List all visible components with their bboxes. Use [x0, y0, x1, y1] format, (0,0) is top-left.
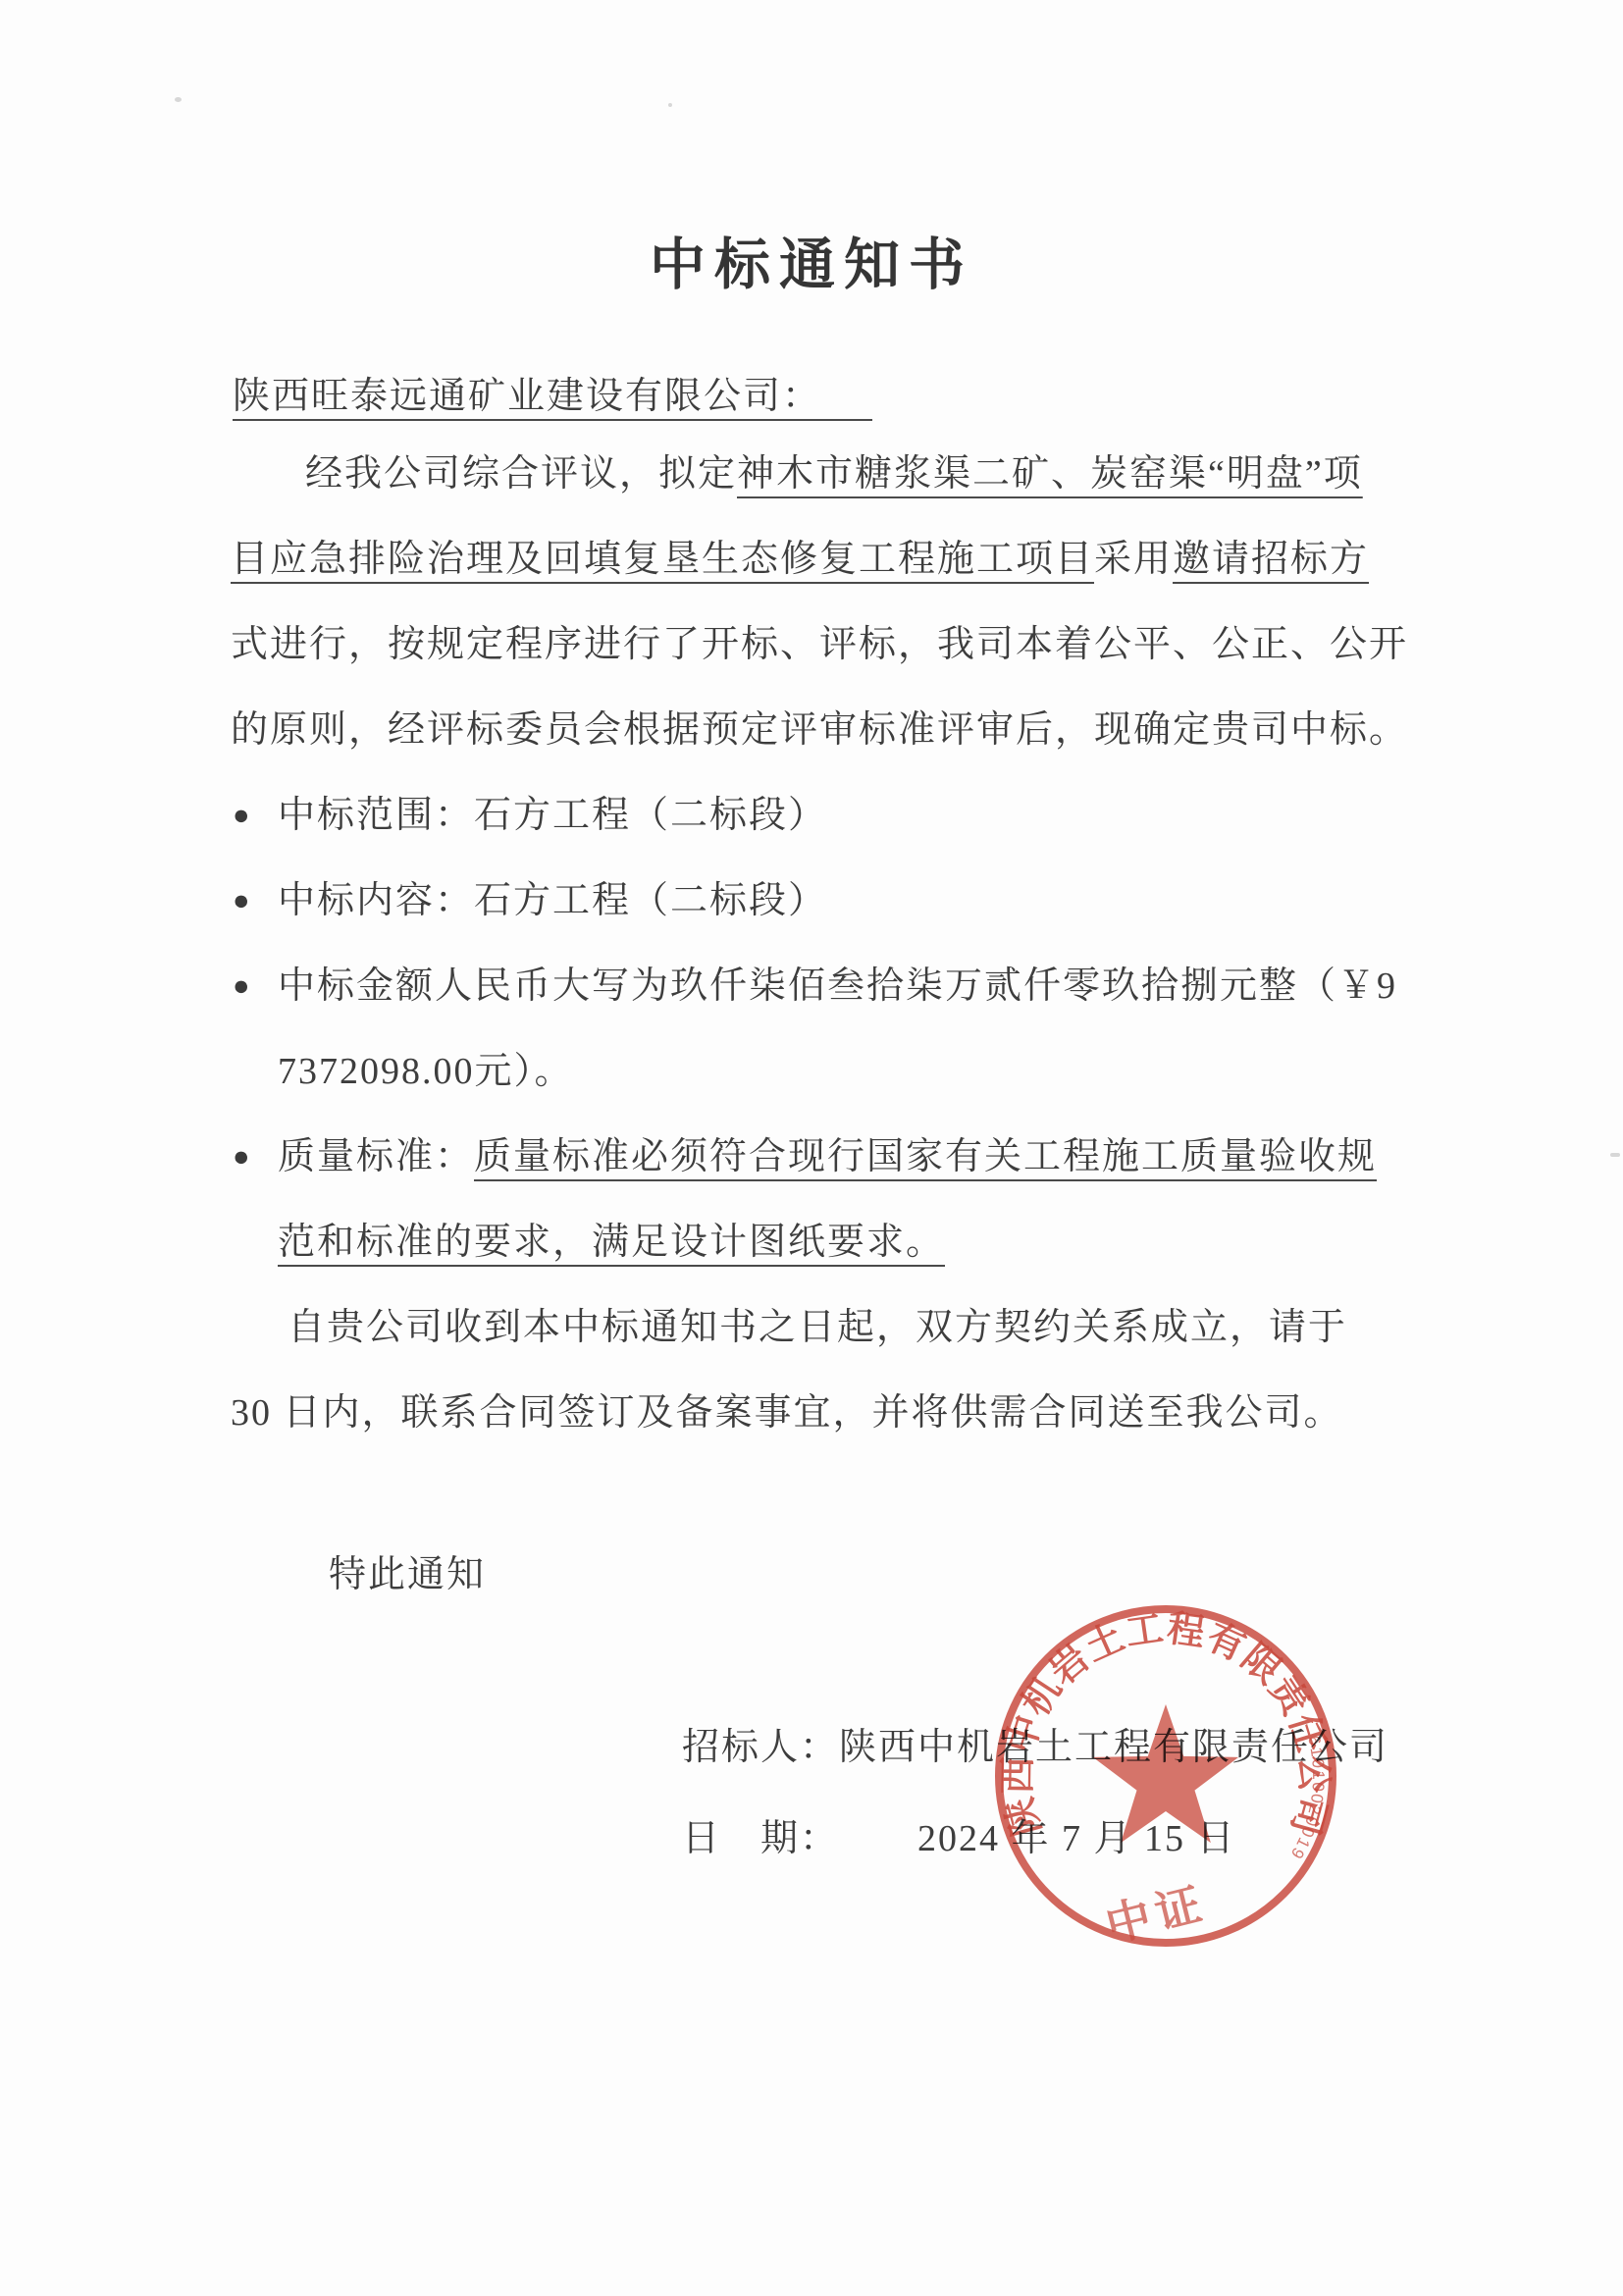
paragraph-text: 的原则，经评标委员会根据预定评审标准评审后，现确定贵司中标。 [231, 709, 1408, 751]
bullet-icon: ● [233, 859, 252, 944]
recipient-name: 陕西旺泰远通矿业建设有限公司： [233, 376, 821, 417]
document-title: 中标通知书 [0, 220, 1623, 300]
bullet-content: ● 中标内容：石方工程（二标段） [231, 859, 1450, 944]
bullet-text: 中标金额人民币大写为玖仟柒佰叁拾柒万贰仟零玖拾捌元整（￥9 [278, 965, 1397, 1007]
amount-numeric: 7372098.00元）。 [278, 1051, 574, 1092]
paragraph-text: 自贵公司收到本中标通知书之日起，双方契约关系成立，请于 [288, 1307, 1347, 1348]
paragraph2-line2: 30 日内，联系合同签订及备案事宜，并将供需合同送至我公司。 [231, 1371, 1450, 1456]
bullet-amount: ● 中标金额人民币大写为玖仟柒佰叁拾柒万贰仟零玖拾捌元整（￥9 7372098.… [231, 944, 1450, 1115]
bullet-amount-line1: 中标金额人民币大写为玖仟柒佰叁拾柒万贰仟零玖拾捌元整（￥9 [278, 944, 1450, 1029]
signature-block: 招标人：陕西中机岩土工程有限责任公司 日 期：2024 年 7 月 15 日 [682, 1702, 1450, 1885]
paragraph2-line1: 自贵公司收到本中标通知书之日起，双方契约关系成立，请于 [231, 1285, 1450, 1371]
bullet-icon: ● [233, 1115, 252, 1200]
bullet-scope-text: 中标范围：石方工程（二标段） [278, 773, 1450, 859]
paragraph-text: 采用 [1094, 539, 1173, 580]
date-value: 2024 年 7 月 15 日 [917, 1818, 1236, 1859]
bullet-quality-line1: 质量标准：质量标准必须符合现行国家有关工程施工质量验收规 [278, 1115, 1450, 1200]
paragraph-text: 30 日内，联系合同签订及备案事宜，并将供需合同送至我公司。 [231, 1392, 1343, 1434]
bullet-quality-line2: 范和标准的要求，满足设计图纸要求。 [278, 1200, 1450, 1285]
paragraph1-line2: 目应急排险治理及回填复垦生态修复工程施工项目采用邀请招标方 [231, 517, 1450, 602]
underline-extension [821, 419, 872, 421]
paragraph1-line4: 的原则，经评标委员会根据预定评审标准评审后，现确定贵司中标。 [231, 688, 1450, 773]
closing-notice-text: 特此通知 [329, 1554, 486, 1595]
project-name-part2: 目应急排险治理及回填复垦生态修复工程施工项目 [231, 539, 1094, 580]
project-name-part1: 神木市糖浆渠二矿、炭窑渠“明盘”项 [737, 453, 1363, 495]
bullet-quality: ● 质量标准：质量标准必须符合现行国家有关工程施工质量验收规 范和标准的要求，满… [231, 1115, 1450, 1285]
document-body: 经我公司综合评议，拟定神木市糖浆渠二矿、炭窑渠“明盘”项 目应急排险治理及回填复… [231, 432, 1450, 1885]
issuer-line: 招标人：陕西中机岩土工程有限责任公司 [682, 1702, 1450, 1794]
date-label: 日 期： [682, 1818, 839, 1859]
bullet-label: 质量标准： [278, 1136, 474, 1177]
paragraph-text: 式进行，按规定程序进行了开标、评标，我司本着公平、公正、公开 [231, 624, 1408, 665]
bullet-icon: ● [233, 773, 252, 859]
tender-method: 邀请招标方 [1173, 539, 1369, 580]
bullet-icon: ● [233, 944, 252, 1029]
paragraph1-line3: 式进行，按规定程序进行了开标、评标，我司本着公平、公正、公开 [231, 602, 1450, 688]
paragraph1-line1: 经我公司综合评议，拟定神木市糖浆渠二矿、炭窑渠“明盘”项 [231, 432, 1450, 517]
bullet-content-text: 中标内容：石方工程（二标段） [278, 859, 1450, 944]
quality-requirement-part2: 范和标准的要求，满足设计图纸要求。 [278, 1222, 945, 1263]
scan-speck [1610, 1153, 1620, 1157]
document-page: 中标通知书 陕西旺泰远通矿业建设有限公司： 经我公司综合评议，拟定神木市糖浆渠二… [0, 0, 1623, 2296]
bullet-amount-line2: 7372098.00元）。 [278, 1029, 1450, 1115]
bullet-scope: ● 中标范围：石方工程（二标段） [231, 773, 1450, 859]
paragraph-text: 经我公司综合评议，拟定 [305, 453, 737, 495]
seal-bottom-text: 中证 [1101, 1877, 1212, 1952]
date-line: 日 期：2024 年 7 月 15 日 [682, 1794, 1450, 1885]
issuer-label: 招标人： [682, 1727, 839, 1768]
bullet-text: 中标范围：石方工程（二标段） [278, 795, 827, 836]
bullet-text: 中标内容：石方工程（二标段） [278, 880, 827, 921]
closing-notice: 特此通知 [231, 1533, 1450, 1618]
issuer-name: 陕西中机岩土工程有限责任公司 [839, 1727, 1388, 1768]
scan-speck [668, 103, 672, 107]
quality-requirement-part1: 质量标准必须符合现行国家有关工程施工质量验收规 [474, 1136, 1377, 1177]
scan-speck [175, 97, 182, 102]
recipient-line: 陕西旺泰远通矿业建设有限公司： [233, 365, 872, 421]
